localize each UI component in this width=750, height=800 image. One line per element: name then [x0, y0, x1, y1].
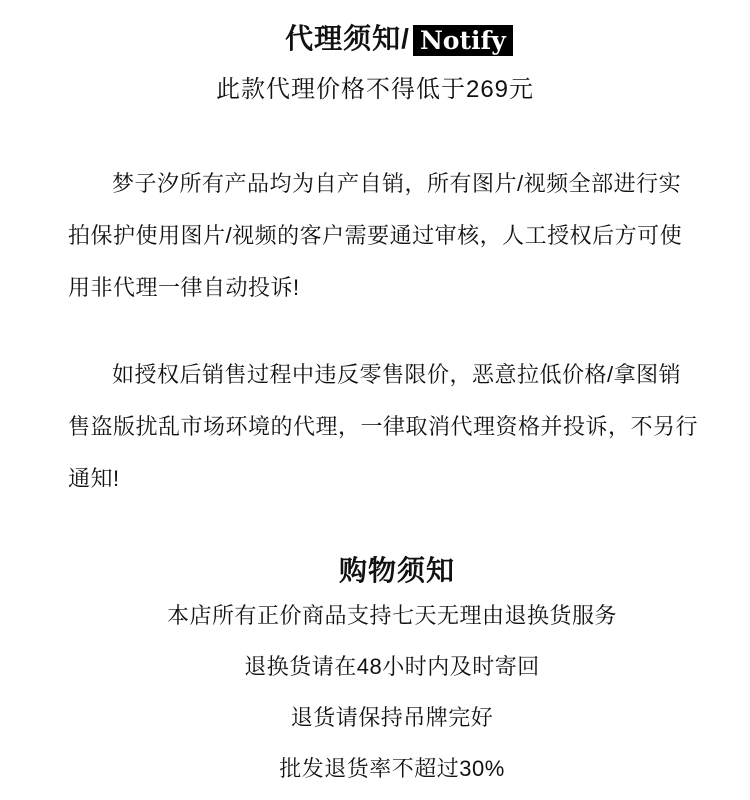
min-price-subtitle: 此款代理价格不得低于269元	[0, 73, 750, 107]
paragraph-line: 通知!	[68, 453, 698, 505]
paragraph-line: 梦子汐所有产品均为自产自销，所有图片/视频全部进行实	[68, 158, 682, 210]
paragraph-line: 拍保护使用图片/视频的客户需要通过审核，人工授权后方可使	[68, 210, 682, 262]
paragraph-line: 售盗版扰乱市场环境的代理，一律取消代理资格并投诉，不另行	[68, 401, 698, 453]
notify-highlight-badge: Notify	[413, 25, 513, 56]
paragraph-line: 用非代理一律自动投诉!	[68, 262, 682, 314]
shopping-notice-line-return-policy: 本店所有正价商品支持七天无理由退换货服务	[34, 590, 750, 641]
shopping-notice-line-wholesale-rate: 批发退货率不超过30%	[34, 743, 750, 794]
shopping-notice-lines: 本店所有正价商品支持七天无理由退换货服务 退换货请在48小时内及时寄回 退货请保…	[0, 590, 750, 794]
agent-notice-page: 代理须知/Notify 此款代理价格不得低于269元 梦子汐所有产品均为自产自销…	[0, 0, 750, 800]
agency-paragraph-self-produced: 梦子汐所有产品均为自产自销，所有图片/视频全部进行实 拍保护使用图片/视频的客户…	[68, 158, 682, 314]
shopping-notice-line-keep-tags: 退货请保持吊牌完好	[34, 692, 750, 743]
paragraph-line: 如授权后销售过程中违反零售限价，恶意拉低价格/拿图销	[68, 349, 698, 401]
shopping-notice-line-48h-return: 退换货请在48小时内及时寄回	[34, 641, 750, 692]
agency-notice-title: 代理须知/Notify	[0, 19, 750, 59]
agency-paragraph-violation-policy: 如授权后销售过程中违反零售限价，恶意拉低价格/拿图销 售盗版扰乱市场环境的代理，…	[68, 349, 698, 505]
agency-notice-title-text: 代理须知/	[285, 23, 410, 54]
